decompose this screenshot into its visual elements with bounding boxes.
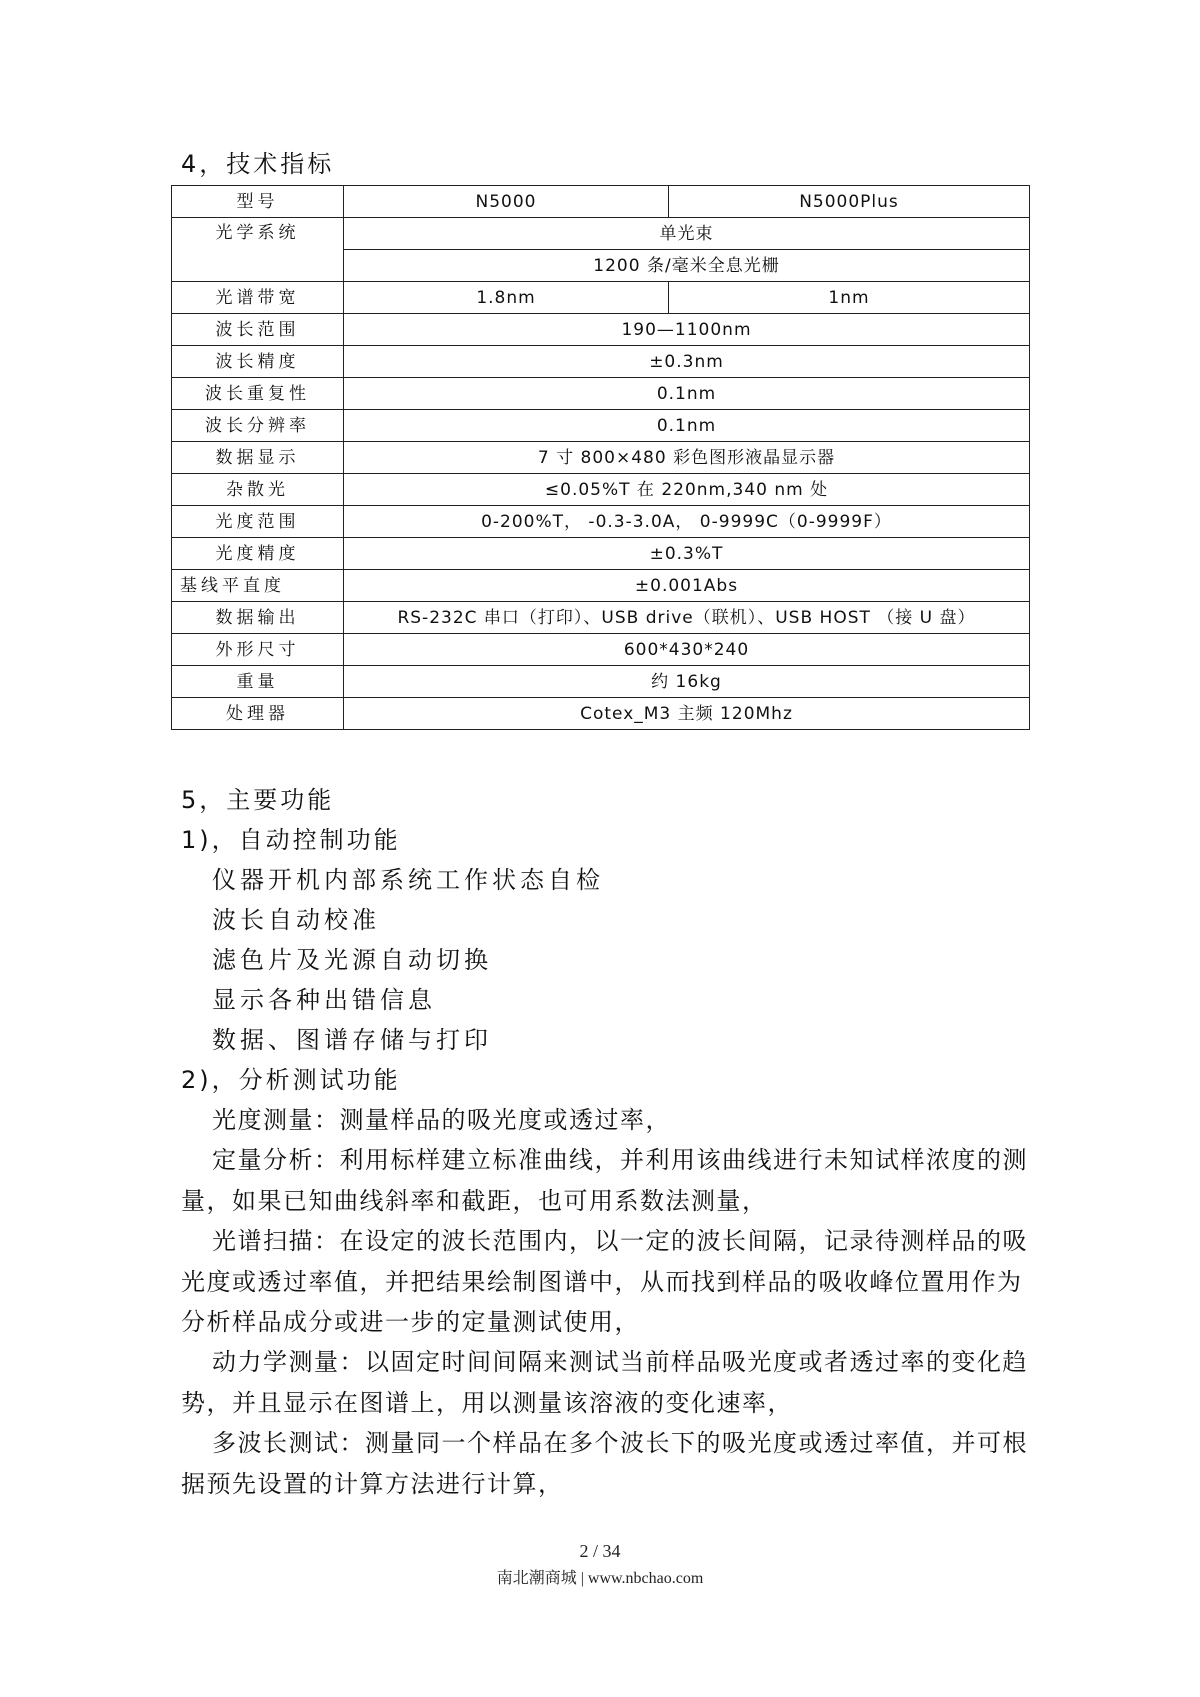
- table-row: 波长精度 ±0.3nm: [172, 346, 1030, 378]
- row-value: Cotex_M3 主频 120Mhz: [344, 698, 1030, 730]
- row-value: 600*430*240: [344, 634, 1030, 666]
- row-label: 数据输出: [172, 602, 344, 634]
- table-row-bandwidth: 光谱带宽 1.8nm 1nm: [172, 282, 1030, 314]
- row-label: 外形尺寸: [172, 634, 344, 666]
- table-row: 基线平直度 ±0.001Abs: [172, 570, 1030, 602]
- row-label: 重量: [172, 666, 344, 698]
- row-value: 190—1100nm: [344, 314, 1030, 346]
- model-n5000plus: N5000Plus: [669, 186, 1030, 218]
- list-item: 滤色片及光源自动切换: [212, 940, 492, 980]
- row-label: 处理器: [172, 698, 344, 730]
- row-label: 波长精度: [172, 346, 344, 378]
- row-value: 约 16kg: [344, 666, 1030, 698]
- list-item: 数据、图谱存储与打印: [212, 1020, 492, 1060]
- paragraph-spectrum-scan: 光谱扫描：在设定的波长范围内，以一定的波长间隔，记录待测样品的吸光度或透过率值，…: [181, 1221, 1037, 1343]
- table-row: 波长范围 190—1100nm: [172, 314, 1030, 346]
- row-label: 波长重复性: [172, 378, 344, 410]
- spec-table: 型号 N5000 N5000Plus 光学系统 单光束 1200 条/毫米全息光…: [171, 185, 1030, 730]
- row-value: ±0.001Abs: [344, 570, 1030, 602]
- row-label: 波长范围: [172, 314, 344, 346]
- list-item: 波长自动校准: [212, 900, 380, 940]
- row-label: 光谱带宽: [172, 282, 344, 314]
- list-item: 显示各种出错信息: [212, 980, 436, 1020]
- row-label: 基线平直度: [172, 570, 344, 602]
- paragraph-photometric: 光度测量：测量样品的吸光度或透过率，: [181, 1100, 1037, 1141]
- table-row-model: 型号 N5000 N5000Plus: [172, 186, 1030, 218]
- table-row: 光度精度 ±0.3%T: [172, 538, 1030, 570]
- list-item: 仪器开机内部系统工作状态自检: [212, 860, 604, 900]
- section-5-heading: 5，主要功能: [181, 780, 334, 820]
- table-row: 重量 约 16kg: [172, 666, 1030, 698]
- model-n5000: N5000: [344, 186, 669, 218]
- row-value: ±0.3%T: [344, 538, 1030, 570]
- row-value: 单光束: [344, 218, 1030, 250]
- table-row: 波长分辨率 0.1nm: [172, 410, 1030, 442]
- section-4-heading: 4，技术指标: [181, 148, 334, 180]
- row-label: 型号: [172, 186, 344, 218]
- row-value: RS-232C 串口（打印）、USB drive（联机）、USB HOST （接…: [344, 602, 1030, 634]
- row-label: 数据显示: [172, 442, 344, 474]
- table-row: 数据输出 RS-232C 串口（打印）、USB drive（联机）、USB HO…: [172, 602, 1030, 634]
- table-row: 处理器 Cotex_M3 主频 120Mhz: [172, 698, 1030, 730]
- table-row: 波长重复性 0.1nm: [172, 378, 1030, 410]
- table-row: 杂散光 ≤0.05%T 在 220nm,340 nm 处: [172, 474, 1030, 506]
- bandwidth-n5000: 1.8nm: [344, 282, 669, 314]
- row-label: 光度范围: [172, 506, 344, 538]
- paragraph-multi-wavelength: 多波长测试：测量同一个样品在多个波长下的吸光度或透过率值，并可根据预先设置的计算…: [181, 1423, 1037, 1504]
- paragraph-quantitative: 定量分析：利用标样建立标准曲线，并利用该曲线进行未知试样浓度的测量，如果已知曲线…: [181, 1140, 1037, 1221]
- row-value: 0.1nm: [344, 410, 1030, 442]
- row-value: 7 寸 800×480 彩色图形液晶显示器: [344, 442, 1030, 474]
- bandwidth-n5000plus: 1nm: [669, 282, 1030, 314]
- table-row: 数据显示 7 寸 800×480 彩色图形液晶显示器: [172, 442, 1030, 474]
- row-label: 杂散光: [172, 474, 344, 506]
- table-row: 光度范围 0-200%T， -0.3-3.0A， 0-9999C（0-9999F…: [172, 506, 1030, 538]
- row-label: 波长分辨率: [172, 410, 344, 442]
- row-value: ±0.3nm: [344, 346, 1030, 378]
- row-label: 光学系统: [172, 218, 344, 282]
- page-number: 2 / 34: [0, 1541, 1200, 1562]
- row-label: 光度精度: [172, 538, 344, 570]
- table-row-optical-system: 光学系统 单光束: [172, 218, 1030, 250]
- table-row: 外形尺寸 600*430*240: [172, 634, 1030, 666]
- row-value: 0.1nm: [344, 378, 1030, 410]
- row-value: 1200 条/毫米全息光栅: [344, 250, 1030, 282]
- auto-control-heading: 1)，自动控制功能: [181, 820, 401, 860]
- row-value: ≤0.05%T 在 220nm,340 nm 处: [344, 474, 1030, 506]
- footer-site: 南北潮商城 | www.nbchao.com: [0, 1565, 1200, 1588]
- analysis-heading: 2)，分析测试功能: [181, 1060, 401, 1100]
- row-value: 0-200%T， -0.3-3.0A， 0-9999C（0-9999F）: [344, 506, 1030, 538]
- paragraph-kinetics: 动力学测量：以固定时间间隔来测试当前样品吸光度或者透过率的变化趋势，并且显示在图…: [181, 1342, 1037, 1423]
